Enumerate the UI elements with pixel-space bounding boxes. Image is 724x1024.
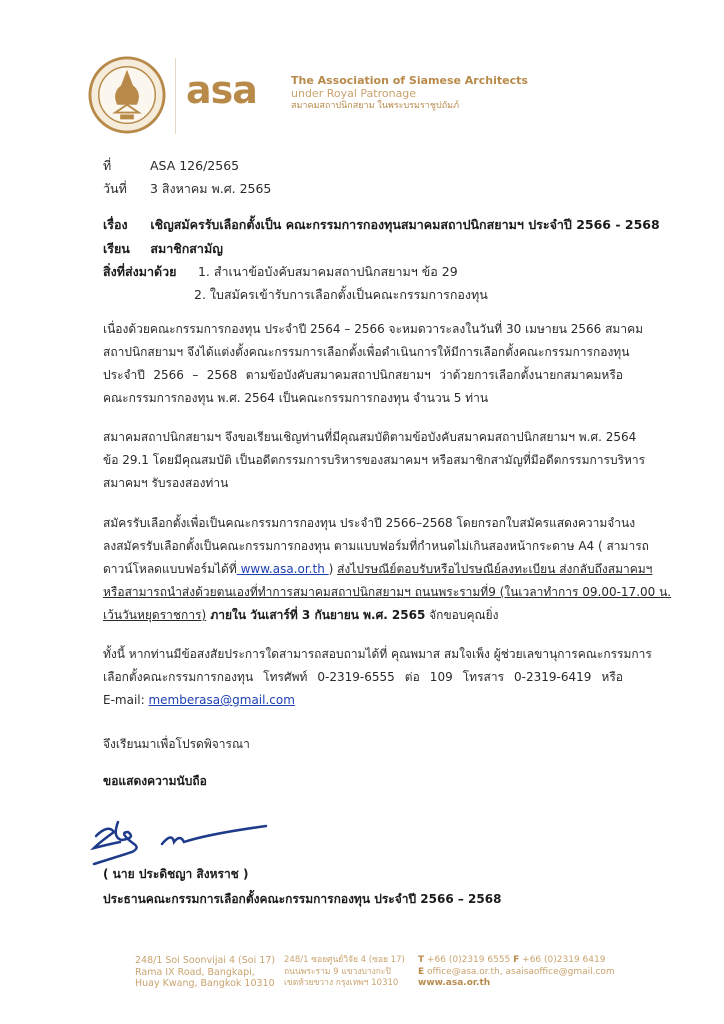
- deadline-text: ภายใน วันเสาร์ที่ 3 กันยายน พ.ศ. 2565: [206, 608, 425, 622]
- text-line: คณะกรรมการกองทุน พ.ศ. 2564 เป็นคณะกรรมกา…: [103, 387, 623, 410]
- paragraph-1: เนื่องด้วยคณะกรรมการกองทุน ประจำปี 2564 …: [103, 318, 623, 410]
- enclosure-item: 2. ใบสมัครเข้ารับการเลือกตั้งเป็นคณะกรรม…: [194, 287, 488, 302]
- signatory-name: ( นาย ประดิชญา สิงหราช ): [103, 865, 248, 883]
- signatory-title: ประธานคณะกรรมการเลือกตั้งคณะกรรมการกองทุ…: [103, 890, 501, 908]
- recipient-value: สมาชิกสามัญ: [150, 241, 222, 256]
- thanks-text: จักขอบคุณยิ่ง: [425, 608, 498, 622]
- website-link[interactable]: www.asa.or.th: [237, 562, 329, 576]
- footer-email: E office@asa.or.th, asaisaoffice@gmail.c…: [418, 967, 615, 979]
- footer-address-th: 248/1 ซอยศูนย์วิจัย 4 (ซอย 17) ถนนพระราม…: [284, 955, 405, 990]
- recipient-label: เรียน: [103, 240, 146, 258]
- enclosure-row: สิ่งที่ส่งมาด้วย 1. สำเนาข้อบังคับสมาคมส…: [103, 263, 458, 281]
- paragraph-3: สมัครรับเลือกตั้งเพื่อเป็นคณะกรรมการกองท…: [103, 512, 623, 627]
- footer-phone-fax: T +66 (0)2319 6555 F +66 (0)2319 6419: [418, 955, 615, 967]
- text-line: ข้อ 29.1 โดยมีคุณสมบัติ เป็นอดีตกรรมการบ…: [103, 449, 623, 472]
- footer-address-en: 248/1 Soi Soonvijai 4 (Soi 17) Rama IX R…: [135, 955, 275, 990]
- asa-logo: asa: [186, 70, 257, 110]
- closing-text: จึงเรียนมาเพื่อโปรดพิจารณา: [103, 735, 250, 753]
- address-line: Huay Kwang, Bangkok 10310: [135, 978, 275, 990]
- address-line: Rama IX Road, Bangkapi,: [135, 967, 275, 979]
- address-line: เขตห้วยขวาง กรุงเทพฯ 10310: [284, 978, 405, 990]
- enclosure-label: สิ่งที่ส่งมาด้วย: [103, 263, 194, 281]
- email-link[interactable]: memberasa@gmail.com: [148, 693, 294, 707]
- org-name-th: สมาคมสถาปนิกสยาม ในพระบรมราชูปถัมภ์: [291, 100, 528, 113]
- address-line: 248/1 ซอยศูนย์วิจัย 4 (ซอย 17): [284, 955, 405, 967]
- holiday-note: เว้นวันหยุดราชการ): [103, 608, 206, 622]
- date-label: วันที่: [103, 180, 146, 198]
- regards-text: ขอแสดงความนับถือ: [103, 772, 207, 790]
- text-fragment: ): [329, 562, 338, 576]
- enclosure-item: 1. สำเนาข้อบังคับสมาคมสถาปนิกสยามฯ ข้อ 2…: [198, 264, 458, 279]
- delivery-instructions: หรือสามารถนำส่งด้วยตนเองที่ทำการสมาคมสถา…: [103, 581, 623, 604]
- org-name-en: The Association of Siamese Architects: [291, 74, 528, 87]
- website-text: www.asa.or.th: [418, 978, 490, 988]
- text-line: ประจำปี 2566 – 2568 ตามข้อบังคับสมาคมสถา…: [103, 364, 623, 387]
- address-line: ถนนพระราม 9 แขวงบางกะปิ: [284, 967, 405, 979]
- reference-label: ที่: [103, 157, 146, 175]
- text-line: เว้นวันหยุดราชการ) ภายใน วันเสาร์ที่ 3 ก…: [103, 604, 623, 627]
- text-line: เนื่องด้วยคณะกรรมการกองทุน ประจำปี 2564 …: [103, 318, 623, 341]
- reference-value: ASA 126/2565: [150, 158, 239, 173]
- footer-contacts: T +66 (0)2319 6555 F +66 (0)2319 6419 E …: [418, 955, 615, 990]
- text-line: สมัครรับเลือกตั้งเพื่อเป็นคณะกรรมการกองท…: [103, 512, 623, 535]
- fax-value: +66 (0)2319 6419: [519, 955, 605, 965]
- text-line: ดาวน์โหลดแบบฟอร์มได้ที่ www.asa.or.th ) …: [103, 558, 623, 581]
- paragraph-2: สมาคมสถาปนิกสยามฯ จึงขอเรียนเชิญท่านที่ม…: [103, 426, 623, 495]
- text-line: สถาปนิกสยามฯ จึงได้แต่งตั้งคณะกรรมการเลื…: [103, 341, 623, 364]
- text-line: เลือกตั้งคณะกรรมการกองทุน โทรศัพท์ 0-231…: [103, 666, 623, 689]
- reference-row: ที่ ASA 126/2565: [103, 157, 239, 175]
- footer-website: www.asa.or.th: [418, 978, 615, 990]
- recipient-row: เรียน สมาชิกสามัญ: [103, 240, 223, 258]
- subject-label: เรื่อง: [103, 216, 146, 234]
- mailing-instructions: ส่งไปรษณีย์ตอบรับหรือไปรษณีย์ลงทะเบียน ส…: [337, 562, 652, 576]
- text-line: ทั้งนี้ หากท่านมีข้อสงสัยประการใดสามารถส…: [103, 643, 623, 666]
- organization-name: The Association of Siamese Architects un…: [291, 74, 528, 113]
- text-line: สมาคมสถาปนิกสยามฯ จึงขอเรียนเชิญท่านที่ม…: [103, 426, 623, 449]
- tel-value: +66 (0)2319 6555: [424, 955, 513, 965]
- download-text: ดาวน์โหลดแบบฟอร์มได้ที่: [103, 562, 237, 576]
- letterhead: asa The Association of Siamese Architect…: [0, 0, 724, 150]
- email-label: E-mail:: [103, 693, 148, 707]
- address-line: 248/1 Soi Soonvijai 4 (Soi 17): [135, 955, 275, 967]
- org-sub-en: under Royal Patronage: [291, 87, 528, 100]
- date-value: 3 สิงหาคม พ.ศ. 2565: [150, 181, 271, 196]
- text-line: E-mail: memberasa@gmail.com: [103, 689, 623, 712]
- email-value: office@asa.or.th, asaisaoffice@gmail.com: [424, 967, 615, 977]
- footer: 248/1 Soi Soonvijai 4 (Soi 17) Rama IX R…: [0, 955, 724, 1005]
- signature-image: [88, 818, 288, 868]
- subject-row: เรื่อง เชิญสมัครรับเลือกตั้งเป็น คณะกรรม…: [103, 216, 660, 234]
- header-divider: [175, 58, 176, 134]
- paragraph-4: ทั้งนี้ หากท่านมีข้อสงสัยประการใดสามารถส…: [103, 643, 623, 712]
- text-line: สมาคมฯ รับรองสองท่าน: [103, 472, 623, 495]
- enclosure-row-2: 2. ใบสมัครเข้ารับการเลือกตั้งเป็นคณะกรรม…: [194, 286, 488, 304]
- date-row: วันที่ 3 สิงหาคม พ.ศ. 2565: [103, 180, 271, 198]
- subject-value: เชิญสมัครรับเลือกตั้งเป็น คณะกรรมการกองท…: [150, 217, 659, 232]
- text-line: ลงสมัครรับเลือกตั้งเป็นคณะกรรมการกองทุน …: [103, 535, 623, 558]
- association-seal-icon: [88, 56, 166, 134]
